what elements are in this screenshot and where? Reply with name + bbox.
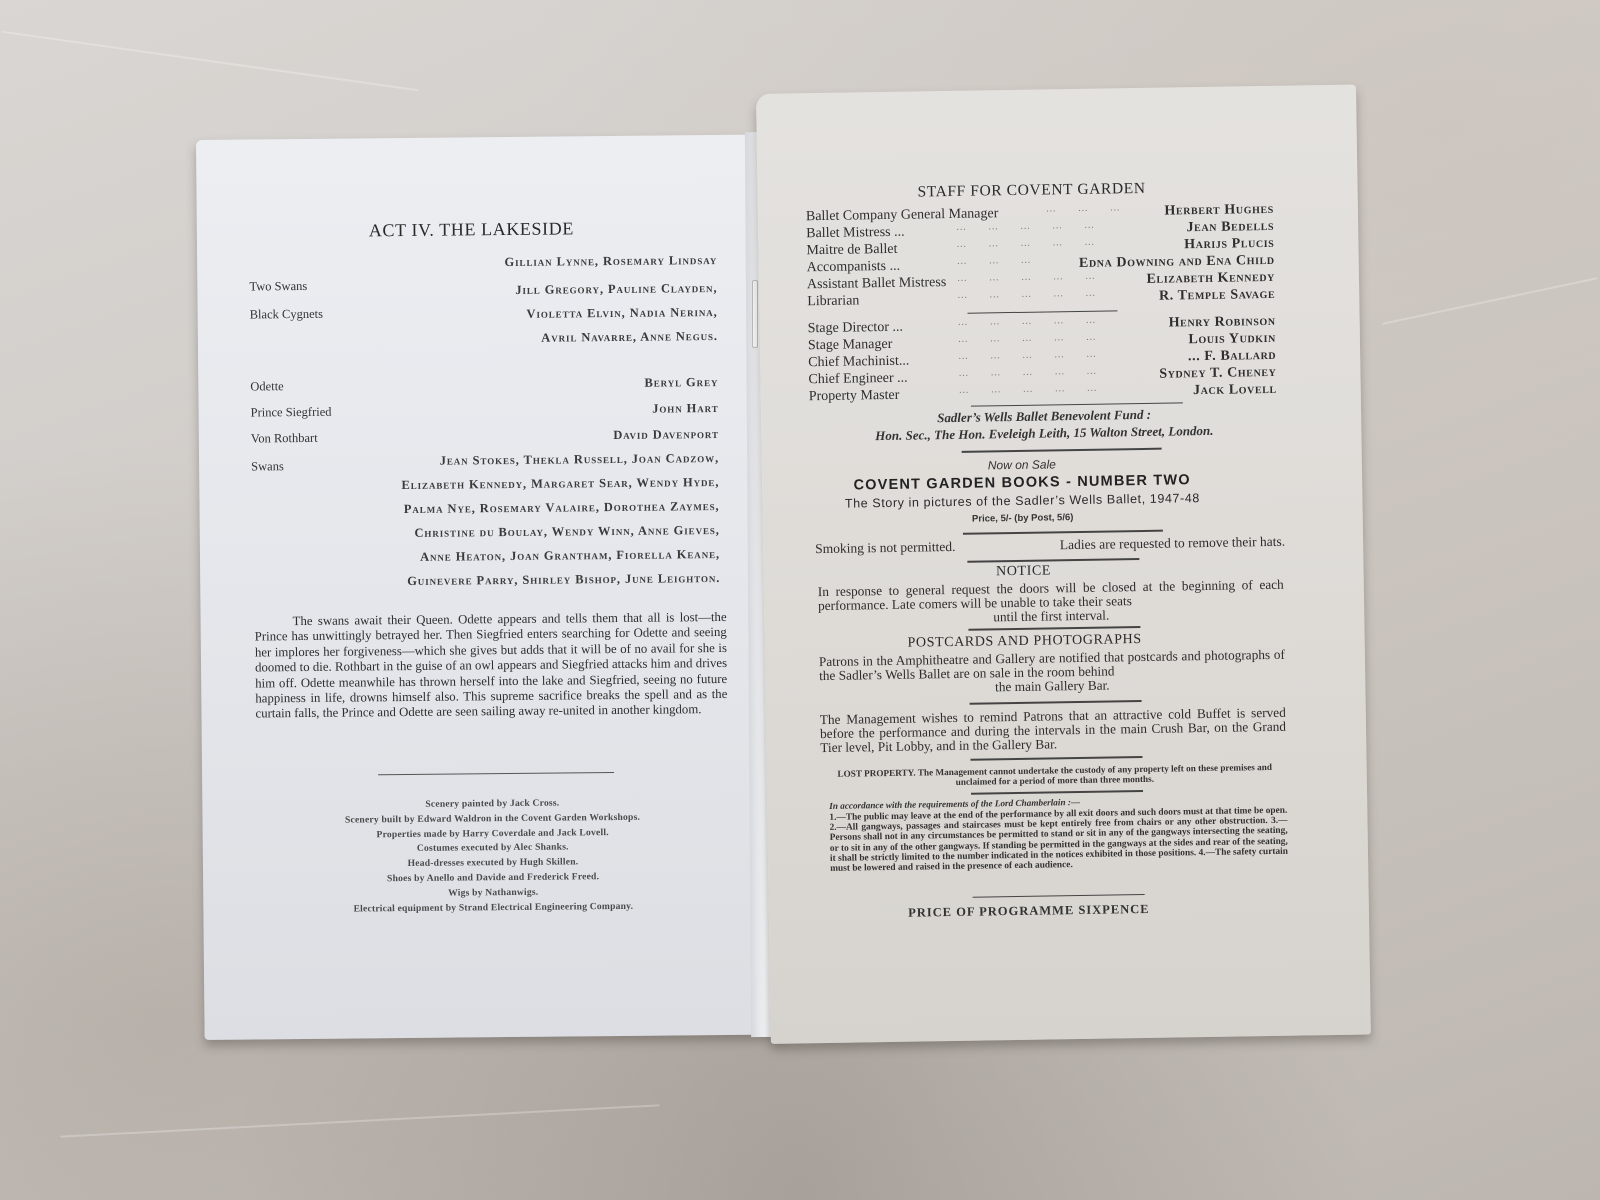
- staff-name: R. Temple Savage: [1159, 287, 1275, 305]
- cast-names-line: Christine du Boulay, Wendy Winn, Anne Gi…: [252, 523, 720, 527]
- leader-dots: ……………: [956, 236, 1124, 250]
- cast-names-line: Jill Gregory, Pauline Clayden,: [249, 281, 717, 285]
- staff-name: Jack Lovell: [1193, 382, 1277, 399]
- programme-right-page: STAFF FOR COVENT GARDEN Ballet Company G…: [756, 85, 1371, 1044]
- divider-rule: [963, 530, 1163, 535]
- book-price: Price, 5/- (by Post, 5/6): [763, 509, 1283, 528]
- staff-role: Librarian: [807, 293, 859, 310]
- cast-names-line: David Davenport: [251, 427, 719, 431]
- cast-role-label: Von Rothbart: [251, 431, 318, 447]
- divider-rule: [967, 310, 1117, 313]
- cast-names-line: Elizabeth Kennedy, Margaret Sear, Wendy …: [251, 475, 719, 479]
- staff-name: Herbert Hughes: [1164, 202, 1274, 220]
- cast-names-line: Avril Navarre, Anne Negus.: [250, 329, 718, 333]
- marble-vein: [2, 31, 418, 91]
- leader-dots: ……………: [957, 287, 1125, 301]
- cast-names-line: Guinevere Parry, Shirley Bishop, June Le…: [252, 571, 720, 575]
- leader-dots: ……………: [956, 219, 1124, 233]
- staff-role: Stage Director ...: [808, 320, 903, 337]
- leader-dots: ……………: [1046, 202, 1124, 214]
- leader-dots: ……………: [958, 348, 1126, 362]
- lost-property-notice: LOST PROPERTY. The Management cannot und…: [825, 762, 1285, 790]
- cast-names: Jill Gregory, Pauline Clayden,: [515, 281, 717, 298]
- cast-role-label: Prince Siegfried: [251, 405, 332, 421]
- cast-names-line: Beryl Grey: [250, 375, 718, 379]
- smoking-notice: Smoking is not permitted.: [815, 539, 955, 557]
- cast-names: Christine du Boulay, Wendy Winn, Anne Gi…: [414, 523, 719, 541]
- cast-names-line: Palma Nye, Rosemary Valaire, Dorothea Za…: [251, 499, 719, 503]
- leader-dots: ……………: [959, 382, 1127, 396]
- cast-names: David Davenport: [613, 427, 719, 443]
- cast-role: Prince Siegfried: [251, 401, 719, 405]
- staff-role: Chief Machinist...: [808, 354, 909, 372]
- staff-name: Henry Robinson: [1169, 314, 1276, 332]
- staff-role: Maitre de Ballet: [806, 242, 897, 259]
- leader-dots: ……………: [957, 270, 1125, 284]
- staff-name: Elizabeth Kennedy: [1146, 270, 1275, 288]
- notice-body: In response to general request the doors…: [818, 578, 1285, 627]
- cast-names-line: Anne Heaton, Joan Grantham, Fiorella Kea…: [252, 547, 720, 551]
- cast-role-label: Black Cygnets: [250, 307, 323, 323]
- divider-rule: [378, 772, 614, 775]
- leader-dots: ……………: [958, 365, 1126, 379]
- benevolent-fund: Sadler’s Wells Ballet Benevolent Fund : …: [809, 404, 1279, 445]
- divider-rule: [970, 756, 1142, 760]
- staff-name: Sydney T. Cheney: [1159, 365, 1276, 383]
- programme-left-page: ACT IV. THE LAKESIDE Two SwansGillian Ly…: [196, 134, 785, 1040]
- cast-role-label: Two Swans: [249, 279, 307, 295]
- staff-role: Stage Manager: [808, 337, 893, 354]
- divider-rule: [968, 626, 1140, 630]
- leader-dots: ……………: [958, 331, 1126, 345]
- lord-chamberlain-rules: 1.—The public may leave at the end of th…: [829, 806, 1288, 874]
- cast-names: Gillian Lynne, Rosemary Lindsay: [504, 253, 717, 270]
- staff-role: Assistant Ballet Mistress: [807, 275, 946, 293]
- staff-role: Property Master: [809, 388, 900, 405]
- hats-notice: Ladies are requested to remove their hat…: [1060, 534, 1286, 554]
- staff-name: Louis Yudkin: [1188, 331, 1276, 348]
- cast-names: John Hart: [652, 401, 719, 417]
- buffet-notice: The Management wishes to remind Patrons …: [820, 706, 1287, 755]
- staff-name: Jean Bedells: [1186, 219, 1274, 236]
- cast-names: Jean Stokes, Thekla Russell, Joan Cadzow…: [440, 451, 720, 469]
- divider-rule: [971, 790, 1143, 794]
- divider-rule: [962, 448, 1162, 453]
- programme-price: PRICE OF PROGRAMME SIXPENCE: [769, 900, 1289, 923]
- cast-role: Two Swans: [249, 275, 717, 279]
- cast-names: Avril Navarre, Anne Negus.: [541, 329, 718, 346]
- cast-names: Anne Heaton, Joan Grantham, Fiorella Kea…: [420, 547, 720, 565]
- staff-title: STAFF FOR COVENT GARDEN: [917, 180, 1145, 202]
- staff-name: Harijs Plucis: [1184, 236, 1274, 253]
- staple: [752, 280, 758, 348]
- production-credits: Scenery painted by Jack Cross.Scenery bu…: [242, 795, 743, 918]
- cast-names: Violetta Elvin, Nadia Nerina,: [526, 305, 717, 322]
- cast-names: Guinevere Parry, Shirley Bishop, June Le…: [407, 571, 720, 589]
- cast-role-label: Swans: [251, 459, 284, 474]
- cast-names-line: Jean Stokes, Thekla Russell, Joan Cadzow…: [251, 451, 719, 455]
- act-synopsis: The swans await their Queen. Odette appe…: [255, 610, 728, 722]
- divider-rule: [970, 700, 1142, 704]
- staff-role: Accompanists ...: [807, 259, 901, 276]
- cast-list: Two SwansGillian Lynne, Rosemary Lindsay…: [196, 134, 776, 140]
- divider-rule: [973, 894, 1145, 898]
- cast-names-line: Gillian Lynne, Rosemary Lindsay: [249, 253, 717, 257]
- postcards-body: Patrons in the Amphitheatre and Gallery …: [819, 648, 1286, 697]
- cast-names: Elizabeth Kennedy, Margaret Sear, Wendy …: [401, 475, 719, 493]
- house-rules: Smoking is not permitted. Ladies are req…: [815, 534, 1285, 541]
- cast-names: Beryl Grey: [644, 375, 718, 391]
- cast-names: Palma Nye, Rosemary Valaire, Dorothea Za…: [404, 499, 720, 517]
- act-title: ACT IV. THE LAKESIDE: [369, 218, 574, 241]
- staff-list: Ballet Company General Manager……………Herbe…: [756, 85, 1356, 94]
- staff-name: Edna Downing and Ena Child: [1079, 253, 1275, 272]
- marble-vein: [60, 1104, 659, 1137]
- leader-dots: ……………: [958, 314, 1126, 328]
- leader-dots: ……………: [957, 254, 1045, 266]
- marble-vein: [1382, 277, 1598, 325]
- staff-role: Ballet Mistress ...: [806, 225, 905, 243]
- cast-role-label: Odette: [250, 379, 283, 394]
- staff-name: ... F. Ballard: [1188, 348, 1276, 365]
- staff-role: Chief Engineer ...: [808, 371, 907, 389]
